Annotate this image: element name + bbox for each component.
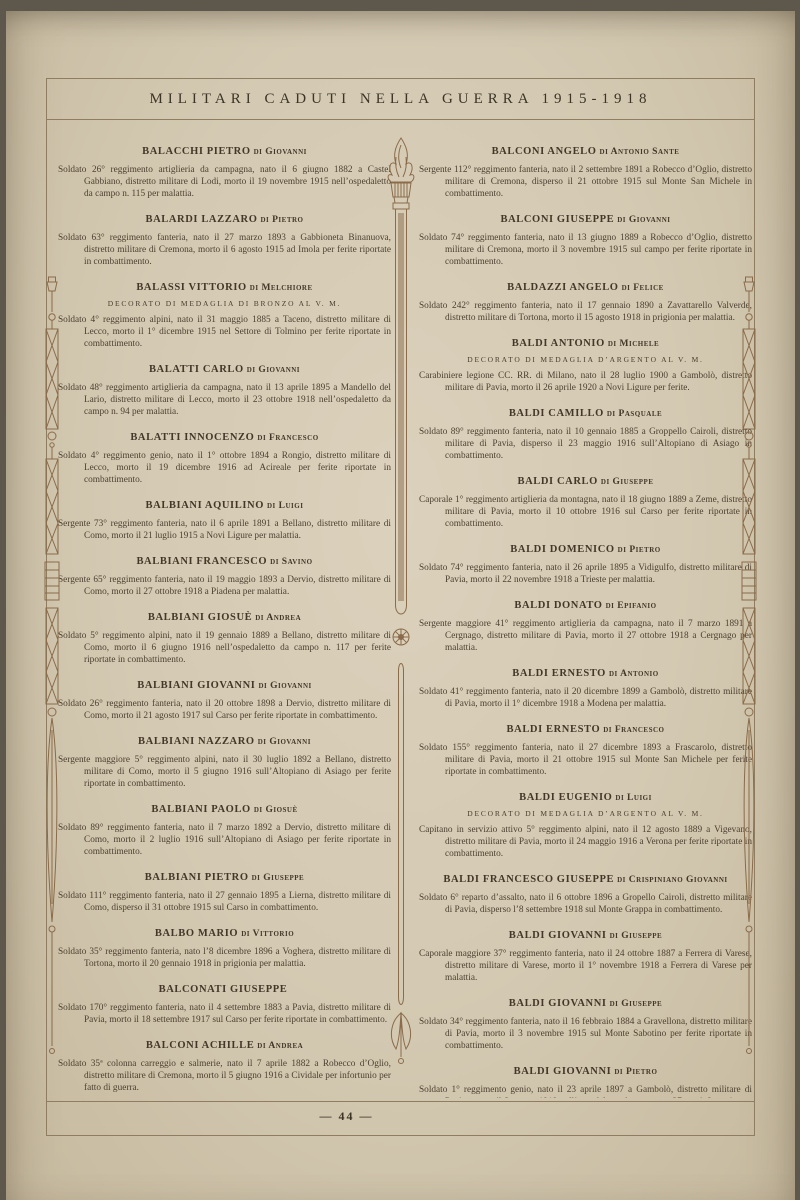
entry-patronymic: di Giuseppe bbox=[601, 477, 654, 487]
entry-patronymic: di Antonio Sante bbox=[600, 147, 680, 157]
entry-heading: BALCONATI GIUSEPPE bbox=[58, 984, 391, 996]
memorial-entry: BALBIANI NAZZAROdi GiovanniSergente magg… bbox=[58, 736, 391, 790]
entry-heading: BALATTI INNOCENZOdi Francesco bbox=[58, 432, 391, 444]
entry-patronymic: di Vittorio bbox=[241, 929, 294, 939]
entry-patronymic: di Pietro bbox=[260, 215, 303, 225]
memorial-entry: BALASSI VITTORIOdi MelchioreDECORATO DI … bbox=[58, 282, 391, 350]
entry-person-name: BALDI DONATO bbox=[514, 600, 602, 611]
entry-heading: BALDI ANTONIOdi Michele bbox=[419, 338, 752, 350]
entry-heading: BALBO MARIOdi Vittorio bbox=[58, 928, 391, 940]
memorial-entry: BALBIANI GIOSUÈdi AndreaSoldato 5° reggi… bbox=[58, 612, 391, 666]
entry-person-name: BALDI CAMILLO bbox=[509, 408, 604, 419]
entry-body: Soldato 5° reggimento alpini, nato il 19… bbox=[58, 630, 391, 666]
memorial-entry: BALACCHI PIETROdi GiovanniSoldato 26° re… bbox=[58, 146, 391, 200]
entry-body: Soldato 63° reggimento fanteria, nato il… bbox=[58, 232, 391, 268]
entry-person-name: BALDAZZI ANGELO bbox=[507, 282, 618, 293]
entry-person-name: BALBIANI GIOVANNI bbox=[137, 680, 255, 691]
entry-patronymic: di Giuseppe bbox=[610, 931, 663, 941]
entry-body: Soldato 6° reparto d’assalto, nato il 6 … bbox=[419, 892, 752, 916]
entry-person-name: BALARDI LAZZARO bbox=[145, 214, 257, 225]
entry-patronymic: di Giovanni bbox=[254, 147, 307, 157]
page-number: — 44 — bbox=[0, 1109, 700, 1124]
entry-heading: BALBIANI GIOSUÈdi Andrea bbox=[58, 612, 391, 624]
memorial-entry: BALDI DONATOdi EpifanioSergente maggiore… bbox=[419, 600, 752, 654]
memorial-entry: BALCONI GIUSEPPEdi GiovanniSoldato 74° r… bbox=[419, 214, 752, 268]
entry-heading: BALBIANI GIOVANNIdi Giovanni bbox=[58, 680, 391, 692]
entry-body: Carabiniere legione CC. RR. di Milano, n… bbox=[419, 370, 752, 394]
entry-body: Soldato 35° reggimento fanteria, nato l’… bbox=[58, 946, 391, 970]
entry-heading: BALDI GIOVANNIdi Giuseppe bbox=[419, 998, 752, 1010]
entry-patronymic: di Melchiore bbox=[250, 283, 313, 293]
memorial-entry: BALDI GIOVANNIdi PietroSoldato 1° reggim… bbox=[419, 1066, 752, 1098]
entry-body: Soldato 48° reggimento artiglieria da ca… bbox=[58, 382, 391, 418]
memorial-entry: BALARDI LAZZAROdi PietroSoldato 63° regg… bbox=[58, 214, 391, 268]
entry-person-name: BALASSI VITTORIO bbox=[136, 282, 246, 293]
entry-heading: BALBIANI FRANCESCOdi Savino bbox=[58, 556, 391, 568]
entry-patronymic: di Michele bbox=[608, 339, 659, 349]
entry-heading: BALACCHI PIETROdi Giovanni bbox=[58, 146, 391, 158]
memorial-entry: BALCONI ANGELOdi Antonio SanteSergente 1… bbox=[419, 146, 752, 200]
entry-heading: BALDI ERNESTOdi Francesco bbox=[419, 724, 752, 736]
entry-person-name: BALBIANI GIOSUÈ bbox=[148, 612, 252, 623]
entry-body: Soldato 4° reggimento alpini, nato il 31… bbox=[58, 314, 391, 350]
entry-body: Soldato 41° reggimento fanteria, nato il… bbox=[419, 686, 752, 710]
entry-patronymic: di Antonio bbox=[609, 669, 659, 679]
entry-heading: BALDI FRANCESCO GIUSEPPEdi Crispiniano G… bbox=[419, 874, 752, 886]
memorial-entry: BALBIANI GIOVANNIdi GiovanniSoldato 26° … bbox=[58, 680, 391, 722]
memorial-entry: BALATTI CARLOdi GiovanniSoldato 48° regg… bbox=[58, 364, 391, 418]
memorial-entry: BALBO MARIOdi VittorioSoldato 35° reggim… bbox=[58, 928, 391, 970]
entry-heading: BALASSI VITTORIOdi Melchiore bbox=[58, 282, 391, 294]
scanned-book-page: { "page": { "title": "MILITARI CADUTI NE… bbox=[0, 0, 800, 1200]
entry-person-name: BALACCHI PIETRO bbox=[142, 146, 250, 157]
entry-patronymic: di Giovanni bbox=[617, 215, 670, 225]
entry-heading: BALDI GIOVANNIdi Giuseppe bbox=[419, 930, 752, 942]
entry-person-name: BALDI GIOVANNI bbox=[509, 930, 607, 941]
entry-patronymic: di Pasquale bbox=[607, 409, 662, 419]
entry-heading: BALCONI ACHILLEdi Andrea bbox=[58, 1040, 391, 1052]
paper-page: MILITARI CADUTI NELLA GUERRA 1915-1918 B… bbox=[6, 11, 795, 1200]
entry-person-name: BALCONI ACHILLE bbox=[146, 1040, 254, 1051]
page-title: MILITARI CADUTI NELLA GUERRA 1915-1918 bbox=[149, 91, 651, 108]
entry-body: Soldato 74° reggimento fanteria, nato il… bbox=[419, 562, 752, 586]
memorial-entry: BALATTI INNOCENZOdi FrancescoSoldato 4° … bbox=[58, 432, 391, 486]
entry-body: Soldato 111° reggimento fanteria, nato i… bbox=[58, 890, 391, 914]
entry-body: Sergente 112° reggimento fanteria, nato … bbox=[419, 164, 752, 200]
footer-band: — 44 — bbox=[47, 1101, 754, 1135]
entry-person-name: BALCONI ANGELO bbox=[492, 146, 597, 157]
entry-heading: BALBIANI NAZZAROdi Giovanni bbox=[58, 736, 391, 748]
entry-patronymic: di Savino bbox=[270, 557, 312, 567]
entry-body: Sergente maggiore 5° reggimento alpini, … bbox=[58, 754, 391, 790]
entry-body: Sergente 73° reggimento fanteria, nato i… bbox=[58, 518, 391, 542]
entry-patronymic: di Giovanni bbox=[258, 681, 311, 691]
memorial-entry: BALDI ERNESTOdi AntonioSoldato 41° reggi… bbox=[419, 668, 752, 710]
entry-body: Soldato 89° reggimento fanteria, nato il… bbox=[58, 822, 391, 858]
entry-patronymic: di Giovanni bbox=[247, 365, 300, 375]
entry-patronymic: di Francesco bbox=[257, 433, 318, 443]
memorial-entry: BALCONATI GIUSEPPESoldato 170° reggiment… bbox=[58, 984, 391, 1026]
entry-body: Sergente maggiore 41° reggimento artigli… bbox=[419, 618, 752, 654]
entry-heading: BALBIANI PAOLOdi Giosuè bbox=[58, 804, 391, 816]
entry-person-name: BALBIANI FRANCESCO bbox=[136, 556, 267, 567]
entry-heading: BALDAZZI ANGELOdi Felice bbox=[419, 282, 752, 294]
entry-person-name: BALBIANI AQUILINO bbox=[146, 500, 264, 511]
entry-person-name: BALDI ERNESTO bbox=[512, 668, 606, 679]
entry-person-name: BALDI GIOVANNI bbox=[509, 998, 607, 1009]
memorial-entry: BALBIANI AQUILINOdi LuigiSergente 73° re… bbox=[58, 500, 391, 542]
entry-heading: BALATTI CARLOdi Giovanni bbox=[58, 364, 391, 376]
entry-person-name: BALATTI CARLO bbox=[149, 364, 244, 375]
entry-body: Soldato 34° reggimento fanteria, nato il… bbox=[419, 1016, 752, 1052]
entry-patronymic: di Epifanio bbox=[606, 601, 657, 611]
entry-patronymic: di Luigi bbox=[615, 793, 651, 803]
entry-body: Soldato 89° reggimento fanteria, nato il… bbox=[419, 426, 752, 462]
memorial-entry: BALDI FRANCESCO GIUSEPPEdi Crispiniano G… bbox=[419, 874, 752, 916]
memorial-entry: BALDI CAMILLOdi PasqualeSoldato 89° regg… bbox=[419, 408, 752, 462]
memorial-entry: BALBIANI PIETROdi GiuseppeSoldato 111° r… bbox=[58, 872, 391, 914]
entry-decoration: DECORATO DI MEDAGLIA D’ARGENTO AL V. M. bbox=[419, 809, 752, 818]
entry-person-name: BALATTI INNOCENZO bbox=[130, 432, 254, 443]
entry-person-name: BALDI EUGENIO bbox=[519, 792, 612, 803]
memorial-entry: BALDI DOMENICOdi PietroSoldato 74° reggi… bbox=[419, 544, 752, 586]
entry-patronymic: di Andrea bbox=[255, 613, 301, 623]
entry-heading: BALDI GIOVANNIdi Pietro bbox=[419, 1066, 752, 1078]
entry-person-name: BALDI FRANCESCO GIUSEPPE bbox=[443, 874, 614, 885]
entry-body: Soldato 26° reggimento fanteria, nato il… bbox=[58, 698, 391, 722]
memorial-entry: BALDI ERNESTOdi FrancescoSoldato 155° re… bbox=[419, 724, 752, 778]
entry-body: Soldato 35ª colonna carreggio e salmerie… bbox=[58, 1058, 391, 1094]
memorial-entry: BALDI EUGENIOdi LuigiDECORATO DI MEDAGLI… bbox=[419, 792, 752, 860]
entry-heading: BALCONI ANGELOdi Antonio Sante bbox=[419, 146, 752, 158]
entry-heading: BALBIANI PIETROdi Giuseppe bbox=[58, 872, 391, 884]
entry-decoration: DECORATO DI MEDAGLIA D’ARGENTO AL V. M. bbox=[419, 355, 752, 364]
entry-person-name: BALBIANI NAZZARO bbox=[138, 736, 255, 747]
entry-body: Soldato 4° reggimento genio, nato il 1° … bbox=[58, 450, 391, 486]
entry-body: Soldato 74° reggimento fanteria, nato il… bbox=[419, 232, 752, 268]
entry-body: Soldato 1° reggimento genio, nato il 23 … bbox=[419, 1084, 752, 1098]
entry-body: Soldato 155° reggimento fanteria, nato i… bbox=[419, 742, 752, 778]
entry-heading: BALBIANI AQUILINOdi Luigi bbox=[58, 500, 391, 512]
column-left: BALACCHI PIETROdi GiovanniSoldato 26° re… bbox=[58, 146, 391, 1098]
title-band: MILITARI CADUTI NELLA GUERRA 1915-1918 bbox=[47, 79, 754, 120]
entry-patronymic: di Luigi bbox=[267, 501, 303, 511]
entry-patronymic: di Giovanni bbox=[258, 737, 311, 747]
entry-heading: BALDI CAMILLOdi Pasquale bbox=[419, 408, 752, 420]
entry-body: Soldato 170° reggimento fanteria, nato i… bbox=[58, 1002, 391, 1026]
entry-person-name: BALBIANI PAOLO bbox=[151, 804, 251, 815]
entry-body: Caporale maggiore 37° reggimento fanteri… bbox=[419, 948, 752, 984]
memorial-entry: BALDI CARLOdi GiuseppeCaporale 1° reggim… bbox=[419, 476, 752, 530]
memorial-entry: BALBIANI FRANCESCOdi SavinoSergente 65° … bbox=[58, 556, 391, 598]
entry-person-name: BALBO MARIO bbox=[155, 928, 238, 939]
entry-heading: BALDI DONATOdi Epifanio bbox=[419, 600, 752, 612]
entry-body: Caporale 1° reggimento artiglieria da mo… bbox=[419, 494, 752, 530]
entry-body: Soldato 242° reggimento fanteria, nato i… bbox=[419, 300, 752, 324]
entry-patronymic: di Giuseppe bbox=[610, 999, 663, 1009]
entry-person-name: BALCONI GIUSEPPE bbox=[500, 214, 614, 225]
entry-patronymic: di Crispiniano Giovanni bbox=[617, 875, 728, 885]
memorial-entry: BALBIANI PAOLOdi GiosuèSoldato 89° reggi… bbox=[58, 804, 391, 858]
entry-person-name: BALDI CARLO bbox=[517, 476, 597, 487]
entry-person-name: BALCONATI GIUSEPPE bbox=[159, 984, 288, 995]
entry-person-name: BALDI DOMENICO bbox=[510, 544, 614, 555]
entry-patronymic: di Giosuè bbox=[254, 805, 298, 815]
entry-patronymic: di Felice bbox=[622, 283, 664, 293]
memorial-entry: BALDAZZI ANGELOdi FeliceSoldato 242° reg… bbox=[419, 282, 752, 324]
entry-heading: BALDI CARLOdi Giuseppe bbox=[419, 476, 752, 488]
memorial-entry: BALDI GIOVANNIdi GiuseppeCaporale maggio… bbox=[419, 930, 752, 984]
entry-body: Sergente 65° reggimento fanteria, nato i… bbox=[58, 574, 391, 598]
entry-heading: BALCONI GIUSEPPEdi Giovanni bbox=[419, 214, 752, 226]
entry-heading: BALDI DOMENICOdi Pietro bbox=[419, 544, 752, 556]
page-content: BALACCHI PIETROdi GiovanniSoldato 26° re… bbox=[47, 120, 754, 1101]
entry-person-name: BALDI GIOVANNI bbox=[514, 1066, 612, 1077]
memorial-entry: BALDI GIOVANNIdi GiuseppeSoldato 34° reg… bbox=[419, 998, 752, 1052]
memorial-entry: BALCONI ACHILLEdi AndreaSoldato 35ª colo… bbox=[58, 1040, 391, 1094]
entry-person-name: BALDI ERNESTO bbox=[507, 724, 601, 735]
column-right: BALCONI ANGELOdi Antonio SanteSergente 1… bbox=[419, 146, 752, 1098]
entry-body: Soldato 26° reggimento artiglieria da ca… bbox=[58, 164, 391, 200]
entry-patronymic: di Pietro bbox=[618, 545, 661, 555]
entry-person-name: BALBIANI PIETRO bbox=[145, 872, 249, 883]
page-border-frame: MILITARI CADUTI NELLA GUERRA 1915-1918 B… bbox=[46, 78, 755, 1136]
entry-decoration: DECORATO DI MEDAGLIA DI BRONZO AL V. M. bbox=[58, 299, 391, 308]
entry-patronymic: di Andrea bbox=[257, 1041, 303, 1051]
entry-patronymic: di Pietro bbox=[614, 1067, 657, 1077]
entry-patronymic: di Giuseppe bbox=[252, 873, 305, 883]
entry-heading: BALARDI LAZZAROdi Pietro bbox=[58, 214, 391, 226]
entry-patronymic: di Francesco bbox=[603, 725, 664, 735]
entry-body: Capitano in servizio attivo 5° reggiment… bbox=[419, 824, 752, 860]
memorial-entry: BALDI ANTONIOdi MicheleDECORATO DI MEDAG… bbox=[419, 338, 752, 394]
entry-person-name: BALDI ANTONIO bbox=[512, 338, 605, 349]
entry-heading: BALDI EUGENIOdi Luigi bbox=[419, 792, 752, 804]
entry-heading: BALDI ERNESTOdi Antonio bbox=[419, 668, 752, 680]
